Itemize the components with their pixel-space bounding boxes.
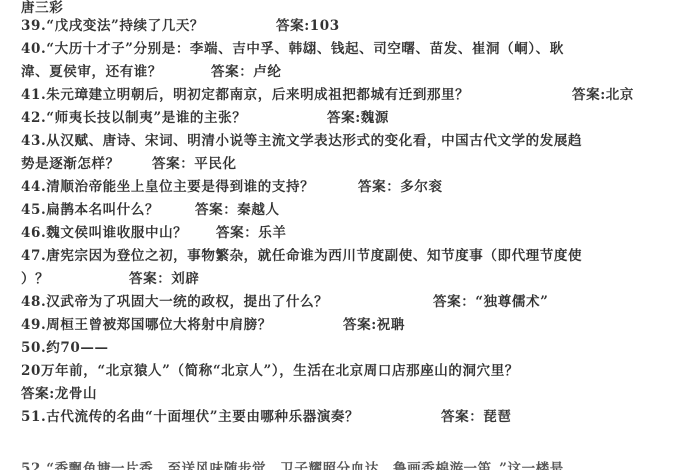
question-49: 49.周桓王曾被郑国哪位大将射中肩膀？ <box>21 316 272 334</box>
question-47-line2: ）？ <box>21 270 49 288</box>
question-52-partial: 52.“香飘鱼塘一片香，至送风味随步觉，卫子耀照分血达，鲁画香棉游一笛，”这一楼… <box>21 460 564 470</box>
answer-45: 答案：秦越人 <box>195 201 280 219</box>
answer-51: 答案：琵琶 <box>441 408 512 426</box>
question-40-line1: 40.“大历十才子”分别是：李端、吉中孚、韩翃、钱起、司空曙、苗发、崔洞（峒）、… <box>21 40 564 58</box>
doc-line-heading-tail: 唐三彩 <box>21 0 63 17</box>
question-50-line1: 50.约70—— <box>21 339 109 357</box>
answer-49: 答案:祝聃 <box>343 316 405 334</box>
question-51: 51.古代流传的名曲“十面埋伏”主要由哪种乐器演奏？ <box>21 408 359 426</box>
answer-47: 答案：刘辟 <box>129 270 200 288</box>
document-page: 唐三彩 39.“戊戌变法”持续了几天？ 答案:103 40.“大历十才子”分别是… <box>0 0 700 470</box>
answer-46: 答案：乐羊 <box>216 224 287 242</box>
answer-43: 答案：平民化 <box>152 155 237 173</box>
question-50-line2: 20万年前，“北京猿人”（简称“北京人”），生活在北京周口店那座山的洞穴里？ <box>21 362 519 380</box>
question-46: 46.魏文侯叫谁收服中山？ <box>21 224 187 242</box>
question-48: 48.汉武帝为了巩固大一统的政权，提出了什么？ <box>21 293 328 311</box>
question-47-line1: 47.唐宪宗因为登位之初，事物繁杂，就任命谁为西川节度副使、知节度事（即代理节度… <box>21 247 582 265</box>
question-42: 42.“师夷长技以制夷”是谁的主张？ <box>21 109 246 127</box>
answer-41: 答案:北京 <box>572 86 634 104</box>
question-41: 41.朱元璋建立明朝后，明初定都南京，后来明成祖把都城有迁到那里？ <box>21 86 469 104</box>
question-43-line2: 势是逐渐怎样？ <box>21 155 120 173</box>
answer-40: 答案：卢纶 <box>211 63 282 81</box>
answer-42: 答案:魏源 <box>327 109 389 127</box>
answer-48: 答案：“独尊儒术” <box>433 293 548 311</box>
question-39: 39.“戊戌变法”持续了几天？ <box>21 17 204 35</box>
question-45: 45.扁鹊本名叫什么？ <box>21 201 159 219</box>
question-43-line1: 43.从汉赋、唐诗、宋词、明清小说等主流文学表达形式的变化看，中国古代文学的发展… <box>21 132 582 150</box>
answer-44: 答案：多尔衮 <box>358 178 443 196</box>
answer-50: 答案:龙骨山 <box>21 385 97 403</box>
question-40-line2: 湋、夏侯审，还有谁？ <box>21 63 162 81</box>
question-44: 44.清顺治帝能坐上皇位主要是得到谁的支持？ <box>21 178 314 196</box>
answer-39: 答案:103 <box>276 17 340 35</box>
